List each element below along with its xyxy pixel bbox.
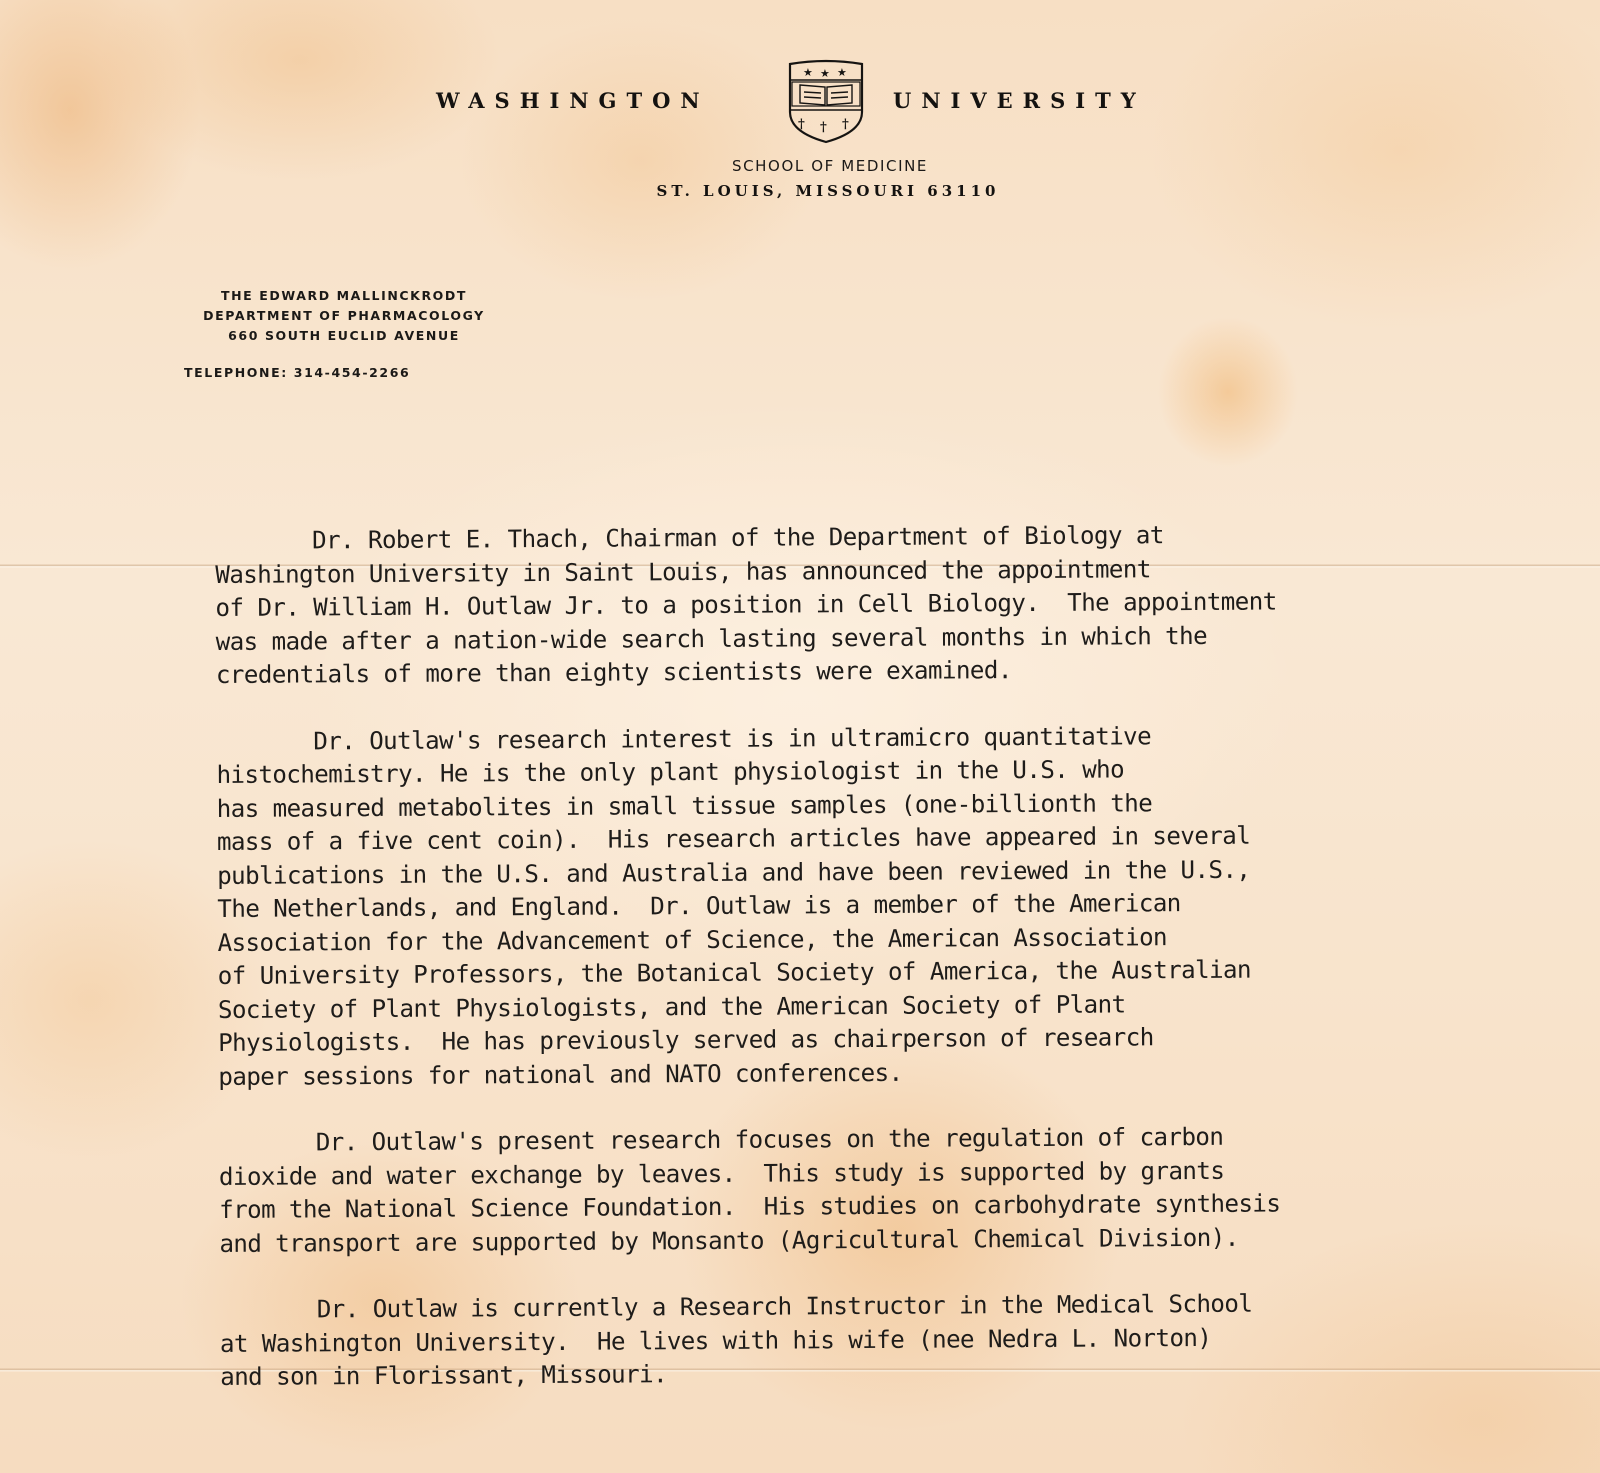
svg-text:†: † bbox=[798, 117, 805, 132]
telephone: TELEPHONE: 314-454-2266 bbox=[144, 363, 544, 383]
department-line-3: 660 SOUTH EUCLID AVENUE bbox=[144, 326, 544, 346]
department-line-1: THE EDWARD MALLINCKRODT bbox=[144, 286, 544, 306]
svg-text:★: ★ bbox=[820, 67, 830, 80]
department-line-2: DEPARTMENT OF PHARMACOLOGY bbox=[144, 306, 544, 326]
paragraph-research-interest: Dr. Outlaw's research interest is in ult… bbox=[216, 718, 1518, 1094]
department-block: THE EDWARD MALLINCKRODT DEPARTMENT OF PH… bbox=[144, 286, 544, 383]
letterhead-washington: WASHINGTON bbox=[436, 88, 710, 113]
university-seal-icon: ★ ★ ★ † † † bbox=[786, 58, 866, 144]
svg-text:★: ★ bbox=[837, 66, 847, 79]
school-name: SCHOOL OF MEDICINE bbox=[0, 157, 1600, 175]
svg-text:†: † bbox=[842, 117, 849, 132]
city-address: ST. LOUIS, MISSOURI 63110 bbox=[0, 182, 1600, 200]
paragraph-current-position: Dr. Outlaw is currently a Research Instr… bbox=[220, 1286, 1521, 1394]
letterhead: WASHINGTON ★ ★ ★ † † † UNIVERSITY bbox=[0, 82, 1600, 152]
text-line: and son in Florissant, Missouri. bbox=[220, 1353, 1520, 1394]
paragraph-appointment: Dr. Robert E. Thach, Chairman of the Dep… bbox=[215, 517, 1516, 692]
paragraph-present-research: Dr. Outlaw's present research focuses on… bbox=[219, 1119, 1520, 1261]
letter-body: Dr. Robert E. Thach, Chairman of the Dep… bbox=[215, 517, 1520, 1427]
svg-text:★: ★ bbox=[803, 66, 813, 79]
letterhead-university: UNIVERSITY bbox=[893, 88, 1146, 113]
svg-text:†: † bbox=[820, 120, 827, 135]
text-line: credentials of more than eighty scientis… bbox=[216, 651, 1516, 692]
